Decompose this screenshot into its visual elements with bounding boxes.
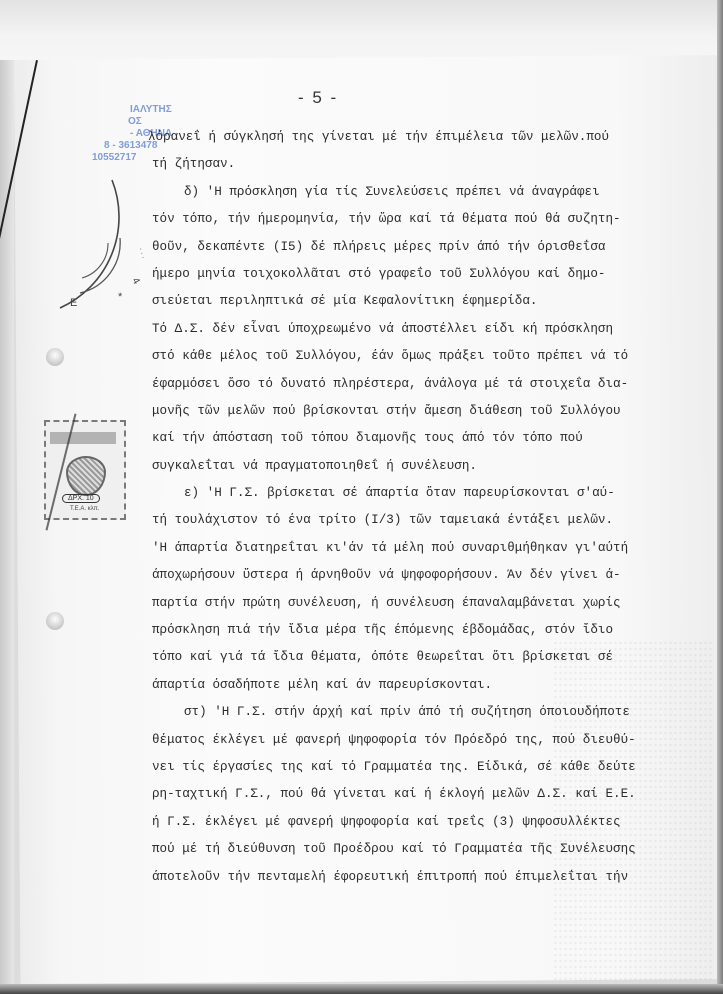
text-line: καί τήν άπόσταση τοῦ τόπου διαμονῆς τους…: [152, 425, 723, 452]
scanner-edge-bottom: [0, 984, 723, 994]
text-line: λόρανεΐ ή σύγκλησή της γίνεται μέ τήν έπ…: [148, 124, 723, 151]
seal-fragment: Ε: [70, 297, 77, 309]
stamp-banner: [50, 432, 116, 444]
text-line: στό κάθε μέλος τοῦ Συλλόγου, έάν ὅμως πρ…: [152, 343, 723, 370]
text-line: τόν τόπο, τήν ήμερομηνία, τήν ὥρα καί τά…: [152, 206, 723, 233]
text-line: άπαρτία όσαδήποτε μέλη καί άν παρευρίσκο…: [152, 672, 723, 699]
text-line: σιεύεται περιληπτικά σέ μία Κεφαλονίτικη…: [152, 288, 723, 315]
page-number: - 5 -: [298, 88, 338, 108]
text-line: θοῦν, δεκαπέντε (I5) δέ πλήρεις μέρες πρ…: [152, 234, 723, 261]
punch-hole-bottom: [46, 612, 64, 630]
stamp-issuer: Τ.Ε.Α. κλπ.: [70, 506, 99, 512]
text-line: στ) 'Η Γ.Σ. στήν άρχή καί πρίν άπό τή συ…: [152, 699, 723, 726]
svg-text:. . .: . . .: [138, 246, 150, 259]
text-line: δ) 'Η πρόσκληση γία τίς Συνελεύσεις πρέπ…: [152, 179, 723, 206]
text-line: τή ζήτησαν.: [152, 151, 723, 178]
text-line: ε) 'Η Γ.Σ. βρίσκεται σέ άπαρτία ὅταν παρ…: [152, 480, 723, 507]
text-line: άποχωρήσουν ὕστερα ή άρνηθοῦν νά ψηφοφορ…: [152, 562, 723, 589]
text-line: θέματος έκλέγει μέ φανερή ψηφοφορία τόν …: [152, 727, 723, 754]
text-line: 'Η άπαρτία διατηρεΐται κι'άν τά μέλη πού…: [152, 535, 723, 562]
text-line: πρόσκληση πιά τήν ἴδια μέρα τῆς έπόμενης…: [152, 617, 723, 644]
text-line: πού μέ τή διεύθυνση τοῦ Προέδρου καί τό …: [152, 836, 723, 863]
typewritten-body: λόρανεΐ ή σύγκλησή της γίνεται μέ τήν έπ…: [152, 124, 723, 891]
stamp-denomination: ΔΡΧ. 10: [62, 494, 100, 503]
text-line: τή τουλάχιστον τό ένα τρίτο (I/3) τῶν τα…: [152, 507, 723, 534]
text-line: συγκαλεΐται νά πραγματοποιηθεΐ ή συνέλευ…: [152, 453, 723, 480]
punch-hole-top: [46, 348, 64, 366]
text-line: παρτία στήν πρώτη συνέλευση, ή συνέλευση…: [152, 590, 723, 617]
text-line: τόπο καί γιά τά ἴδια θέματα, όπότε θεωρε…: [152, 644, 723, 671]
round-seal-stamp: Ε 4 * . . .: [20, 168, 160, 318]
stamp-line: ΙΑΛΥΤΗΣ: [130, 104, 172, 116]
text-line: ρη-ταχτική Γ.Σ., πού θά γίνεται καί ή έκ…: [152, 781, 723, 808]
text-line: Τό Δ.Σ. δέν εἶναι ύποχρεωμένο νά άποστέλ…: [152, 316, 723, 343]
revenue-stamp: ΔΡΧ. 10 Τ.Ε.Α. κλπ.: [44, 420, 126, 520]
svg-text:4: 4: [129, 276, 142, 287]
crest-icon: [66, 456, 106, 496]
text-line: ήμερο μηνία τοιχοκολλᾶται στό γραφεΐο το…: [152, 261, 723, 288]
text-line: νει τίς έργασίες της καί τό Γραμματέα τη…: [152, 754, 723, 781]
text-line: έφαρμόσει ὅσο τό δυνατό πληρέστερα, άνάλ…: [152, 371, 723, 398]
text-line: ή Γ.Σ. έκλέγει μέ φανερή ψηφοφορία καί τ…: [152, 809, 723, 836]
text-line: άποτελοῦν τήν πενταμελή έφορευτική έπιτρ…: [152, 864, 723, 891]
text-line: μονῆς τῶν μελῶν πού βρίσκονται στήν ἄμεσ…: [152, 398, 723, 425]
svg-text:*: *: [118, 291, 123, 303]
